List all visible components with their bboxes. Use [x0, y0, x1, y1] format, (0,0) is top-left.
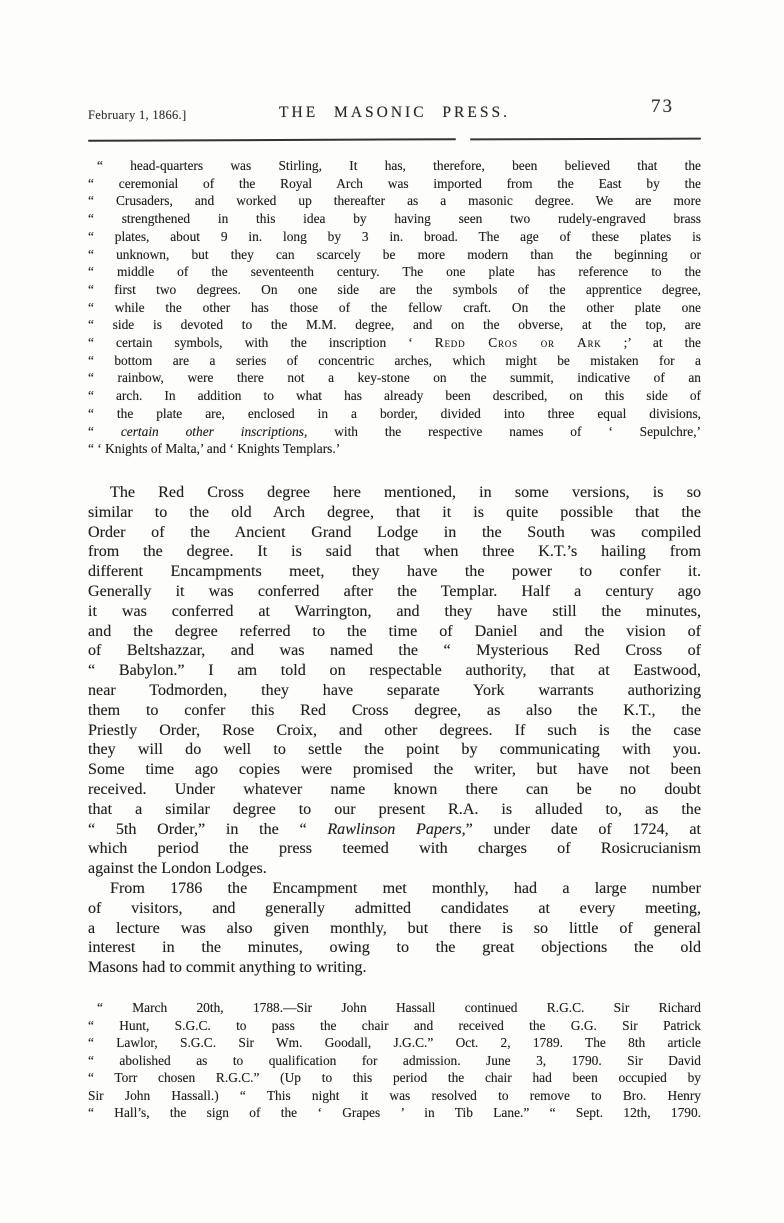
header-rule-left-segment: [88, 138, 456, 142]
text-line: “ Hall’s, the sign of the ‘ Grapes ’ in …: [88, 1104, 701, 1122]
text-line: “ middle of the seventeenth century. The…: [88, 263, 701, 281]
text-line: Priestly Order, Rose Croix, and other de…: [88, 721, 701, 741]
text-line: they will do well to settle the point by…: [88, 740, 701, 760]
text-line: “ Babylon.” I am told on respectable aut…: [88, 661, 701, 681]
text-line: and the degree referred to the time of D…: [88, 622, 701, 642]
text-line: “ ‘ Knights of Malta,’ and ‘ Knights Tem…: [88, 440, 701, 458]
article-paragraph-1: The Red Cross degree here mentioned, in …: [88, 483, 701, 879]
text-line: “ certain other inscriptions, with the r…: [88, 423, 701, 441]
text-line: From 1786 the Encampment met monthly, ha…: [88, 879, 701, 899]
text-line: “ March 20th, 1788.—Sir John Hassall con…: [88, 999, 701, 1017]
text-line: different Encampments meet, they have th…: [88, 562, 701, 582]
page-sheet: February 1, 1866.] THE MASONIC PRESS. 73…: [0, 0, 784, 1223]
text-line: “ while the other has those of the fello…: [88, 299, 701, 317]
text-line: them to confer this Red Cross degree, as…: [88, 701, 701, 721]
text-line: “ ceremonial of the Royal Arch was impor…: [88, 175, 701, 193]
text-line: “ rainbow, were there not a key-stone on…: [88, 369, 701, 387]
article-paragraph-2: From 1786 the Encampment met monthly, ha…: [88, 879, 701, 978]
text-line: received. Under whatever name known ther…: [88, 780, 701, 800]
text-line: of Beltshazzar, and was named the “ Myst…: [88, 641, 701, 661]
page-title: THE MASONIC PRESS.: [88, 104, 701, 122]
header-rule: [88, 137, 701, 143]
text-line: near Todmorden, they have separate York …: [88, 681, 701, 701]
text-line: “ plates, about 9 in. long by 3 in. broa…: [88, 228, 701, 246]
text-line: “ Torr chosen R.G.C.” (Up to this period…: [88, 1069, 701, 1087]
text-line: “ strengthened in this idea by having se…: [88, 210, 701, 228]
excerpt-block-bottom: “ March 20th, 1788.—Sir John Hassall con…: [88, 999, 701, 1122]
text-line: “ the plate are, enclosed in a border, d…: [88, 405, 701, 423]
text-line: The Red Cross degree here mentioned, in …: [88, 483, 701, 503]
text-line: similar to the old Arch degree, that it …: [88, 503, 701, 523]
article-body: The Red Cross degree here mentioned, in …: [88, 483, 701, 978]
text-line: Some time ago copies were promised the w…: [88, 760, 701, 780]
text-line: “ abolished as to qualification for admi…: [88, 1052, 701, 1070]
text-line: against the London Lodges.: [88, 859, 701, 879]
text-line: of visitors, and generally admitted cand…: [88, 899, 701, 919]
text-line: Sir John Hassall.) “ This night it was r…: [88, 1087, 701, 1105]
text-line: “ side is devoted to the M.M. degree, an…: [88, 316, 701, 334]
text-line: Masons had to commit anything to writing…: [88, 958, 701, 978]
text-line: “ head-quarters was Stirling, It has, th…: [88, 157, 701, 175]
text-line: “ Lawlor, S.G.C. Sir Wm. Goodall, J.G.C.…: [88, 1034, 701, 1052]
text-line: “ first two degrees. On one side are the…: [88, 281, 701, 299]
text-line: interest in the minutes, owing to the gr…: [88, 938, 701, 958]
text-line: it was conferred at Warrington, and they…: [88, 602, 701, 622]
text-line: “ arch. In addition to what has already …: [88, 387, 701, 405]
text-line: a lecture was also given monthly, but th…: [88, 919, 701, 939]
page-number: 73: [651, 96, 674, 118]
text-line: Generally it was conferred after the Tem…: [88, 582, 701, 602]
excerpt-block-top: “ head-quarters was Stirling, It has, th…: [88, 157, 701, 458]
text-line: “ certain symbols, with the inscription …: [88, 334, 701, 352]
text-line: Order of the Ancient Grand Lodge in the …: [88, 523, 701, 543]
text-line: which period the press teemed with charg…: [88, 839, 701, 859]
text-line: “ Crusaders, and worked up thereafter as…: [88, 192, 701, 210]
text-line: “ unknown, but they can scarcely be more…: [88, 246, 701, 264]
text-line: “ bottom are a series of concentric arch…: [88, 352, 701, 370]
text-line: from the degree. It is said that when th…: [88, 542, 701, 562]
text-line: “ Hunt, S.G.C. to pass the chair and rec…: [88, 1017, 701, 1035]
text-line: “ 5th Order,” in the “ Rawlinson Papers,…: [88, 820, 701, 840]
header-rule-right-segment: [470, 138, 701, 141]
text-line: that a similar degree to our present R.A…: [88, 800, 701, 820]
